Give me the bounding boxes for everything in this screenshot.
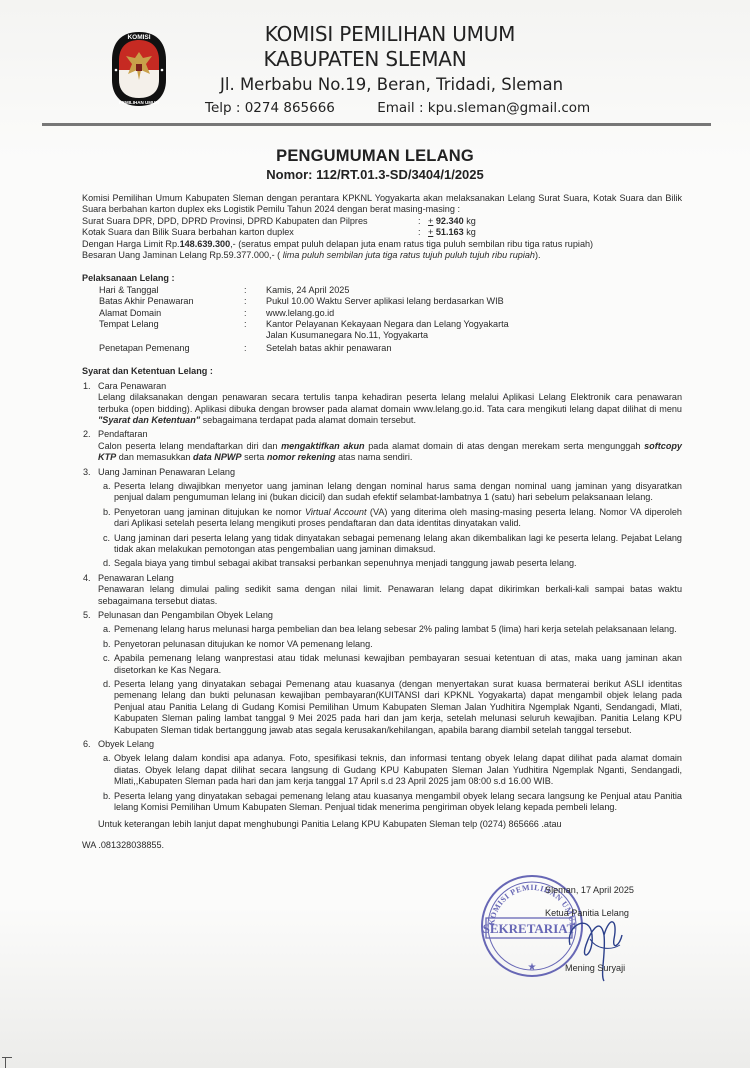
document-title: PENGUMUMAN LELANG: [0, 147, 750, 166]
svg-text:KOMISI: KOMISI: [127, 34, 150, 41]
term-item: 2. Pendaftaran Calon peserta lelang mend…: [82, 429, 682, 463]
whatsapp-contact: WA .081328038855.: [82, 840, 682, 851]
sub-item: b.Penyetoran uang jaminan ditujukan ke n…: [98, 507, 682, 530]
weight-item: Surat Suara DPR, DPD, DPRD Provinsi, DPR…: [82, 216, 682, 227]
term-item: 5. Pelunasan dan Pengambilan Obyek Lelan…: [82, 610, 682, 736]
intro-paragraph: Komisi Pemilihan Umum Kabupaten Sleman d…: [82, 193, 682, 216]
execution-row: Alamat Domain:www.lelang.go.id: [99, 308, 682, 319]
letterhead-divider: [42, 123, 711, 126]
limit-price: Dengan Harga Limit Rp.148.639.300,- (ser…: [82, 239, 682, 250]
org-name-line2: KABUPATEN SLEMAN: [150, 47, 580, 72]
terms-title: Syarat dan Ketentuan Lelang :: [82, 366, 682, 377]
crop-mark: [2, 1057, 12, 1068]
execution-row: Penetapan Pemenang:Setelah batas akhir p…: [99, 343, 682, 354]
guarantee-amount: Besaran Uang Jaminan Lelang Rp.59.377.00…: [82, 250, 682, 261]
place-date: Sleman, 17 April 2025: [545, 885, 634, 896]
org-contact: Telp : 0274 865666 Email : kpu.sleman@gm…: [205, 99, 580, 117]
signature-block: Sleman, 17 April 2025 Ketua Panitia Lela…: [545, 885, 634, 974]
signer-name: Mening Suryaji: [565, 963, 634, 974]
weight-item: Kotak Suara dan Bilik Suara berbahan kar…: [82, 227, 682, 238]
org-address: Jl. Merbabu No.19, Beran, Tridadi, Slema…: [220, 73, 580, 97]
execution-row: Tempat Lelang:Kantor Pelayanan Kekayaan …: [99, 319, 682, 342]
sub-item: c.Uang jaminan dari peserta lelang yang …: [98, 533, 682, 556]
sub-item: c.Apabila pemenang lelang wanprestasi at…: [98, 653, 682, 676]
term-item: 6. Obyek Lelang a.Obyek lelang dalam kon…: [82, 739, 682, 830]
terms-list: 1. Cara Penawaran Lelang dilaksanakan de…: [82, 381, 682, 830]
execution-title: Pelaksanaan Lelang :: [82, 273, 682, 284]
sub-item: d.Segala biaya yang timbul sebagai akiba…: [98, 558, 682, 569]
term-item: 4. Penawaran Lelang Penawaran lelang dim…: [82, 573, 682, 607]
signer-role: Ketua Panitia Lelang: [545, 908, 634, 919]
term-item: 1. Cara Penawaran Lelang dilaksanakan de…: [82, 381, 682, 427]
org-name-line1: KOMISI PEMILIHAN UMUM: [200, 22, 580, 47]
sub-item: d.Peserta lelang yang dinyatakan sebagai…: [98, 679, 682, 736]
document-body: Komisi Pemilihan Umum Kabupaten Sleman d…: [82, 193, 682, 851]
sub-item: a.Peserta lelang diwajibkan menyetor uan…: [98, 481, 682, 504]
term-item: 3. Uang Jaminan Penawaran Lelang a.Peser…: [82, 467, 682, 570]
org-phone: Telp : 0274 865666: [205, 100, 335, 116]
sub-item: a.Obyek lelang dalam kondisi apa adanya.…: [98, 753, 682, 787]
document-number: Nomor: 112/RT.01.3-SD/3404/1/2025: [0, 167, 750, 182]
sub-item: b.Peserta lelang yang dinyatakan sebagai…: [98, 791, 682, 814]
sub-item: a.Pemenang lelang harus melunasi harga p…: [98, 624, 682, 635]
execution-row: Hari & Tanggal:Kamis, 24 April 2025: [99, 285, 682, 296]
execution-row: Batas Akhir Penawaran:Pukul 10.00 Waktu …: [99, 296, 682, 307]
org-email: Email : kpu.sleman@gmail.com: [377, 100, 590, 116]
sub-item: b.Penyetoran pelunasan ditujukan ke nomo…: [98, 639, 682, 650]
svg-text:PEMILIHAN UMUM: PEMILIHAN UMUM: [119, 100, 159, 105]
letterhead: KOMISI PEMILIHAN UMUM KABUPATEN SLEMAN J…: [180, 22, 580, 117]
document-page: KOMISI PEMILIHAN UMUM KOMISI PEMILIHAN U…: [0, 0, 750, 1068]
svg-text:★: ★: [528, 962, 537, 973]
contact-note: Untuk keterangan lebih lanjut dapat meng…: [98, 819, 682, 830]
